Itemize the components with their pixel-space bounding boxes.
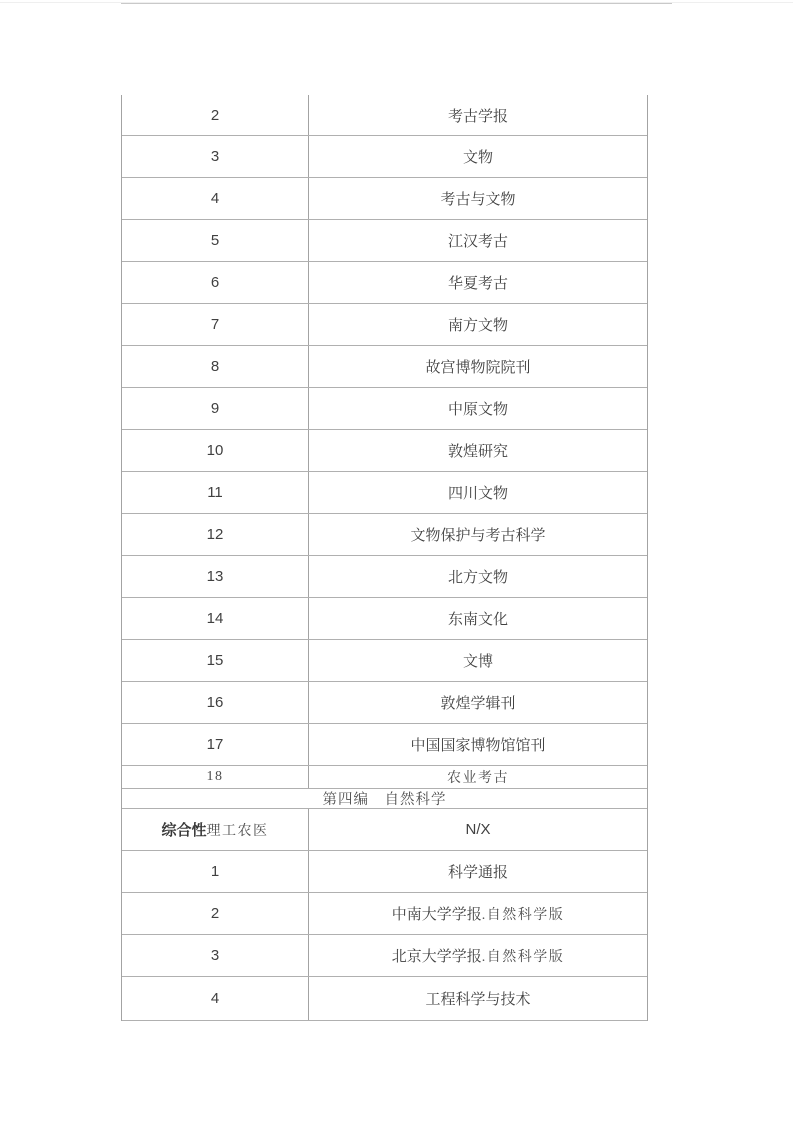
table-row: 5江汉考古 [122, 220, 647, 262]
table-row: 3北京大学学报.自然科学版 [122, 935, 647, 977]
section-header-row: 第四编 自然科学 [122, 789, 647, 809]
journal-title: 敦煌研究 [448, 440, 508, 461]
row-number-cell: 2 [122, 95, 309, 135]
journal-title-cell: 敦煌学辑刊 [309, 682, 647, 723]
row-number: 14 [207, 610, 224, 627]
row-number-cell: 综合性理工农医 [122, 809, 309, 850]
row-number-cell: 4 [122, 977, 309, 1020]
table-row: 17中国国家博物馆馆刊 [122, 724, 647, 766]
journal-title: 东南文化 [448, 608, 508, 629]
journal-title-cell: 中南大学学报.自然科学版 [309, 893, 647, 934]
table-row: 8故宫博物院院刊 [122, 346, 647, 388]
row-number-cell: 14 [122, 598, 309, 639]
journal-title-cell: N/X [309, 809, 647, 850]
journal-title: 工程科学与技术 [425, 988, 530, 1009]
category-label-main: 综合性 [161, 819, 206, 840]
row-number-cell: 12 [122, 514, 309, 555]
journal-title-cell: 敦煌研究 [309, 430, 647, 471]
row-number-cell: 10 [122, 430, 309, 471]
row-number: 10 [207, 442, 224, 459]
row-number: 12 [207, 526, 224, 543]
row-number: 2 [211, 107, 219, 124]
journal-title: 农业考古 [447, 767, 509, 787]
row-number-cell: 11 [122, 472, 309, 513]
row-number-cell: 3 [122, 935, 309, 976]
table-row: 16敦煌学辑刊 [122, 682, 647, 724]
row-number: 15 [207, 652, 224, 669]
table-row: 2考古学报 [122, 95, 647, 136]
row-number-cell: 7 [122, 304, 309, 345]
journal-title: 南方文物 [448, 314, 508, 335]
row-number: 2 [211, 905, 219, 922]
journal-title-suffix: .自然科学版 [482, 904, 565, 924]
row-number: 4 [211, 990, 219, 1007]
journal-title: 故宫博物院院刊 [425, 356, 530, 377]
journal-title-cell: 南方文物 [309, 304, 647, 345]
journal-table: 2考古学报3文物4考古与文物5江汉考古6华夏考古7南方文物8故宫博物院院刊9中原… [121, 95, 648, 1021]
row-number: 4 [211, 190, 219, 207]
journal-title-cell: 四川文物 [309, 472, 647, 513]
table-row: 18农业考古 [122, 766, 647, 789]
journal-title-cell: 中原文物 [309, 388, 647, 429]
row-number: 3 [211, 947, 219, 964]
previous-row-border-rule [121, 3, 672, 4]
category-label-suffix: 理工农医 [207, 820, 269, 840]
row-number-cell: 13 [122, 556, 309, 597]
journal-title: 科学通报 [448, 861, 508, 882]
journal-title-cell: 江汉考古 [309, 220, 647, 261]
journal-title-cell: 文博 [309, 640, 647, 681]
journal-title: 华夏考古 [448, 272, 508, 293]
row-number-cell: 4 [122, 178, 309, 219]
row-number-cell: 5 [122, 220, 309, 261]
journal-title-cell: 考古学报 [309, 95, 647, 135]
row-number: 3 [211, 148, 219, 165]
journal-title: 文物 [463, 146, 493, 167]
row-number: 18 [207, 769, 224, 785]
row-number: 9 [211, 400, 219, 417]
journal-title: 考古与文物 [440, 188, 515, 209]
journal-title: 四川文物 [448, 482, 508, 503]
journal-title-cell: 文物 [309, 136, 647, 177]
journal-title-cell: 中国国家博物馆馆刊 [309, 724, 647, 765]
journal-title: N/X [465, 821, 490, 838]
journal-title-cell: 故宫博物院院刊 [309, 346, 647, 387]
journal-title-cell: 华夏考古 [309, 262, 647, 303]
journal-title: 江汉考古 [448, 230, 508, 251]
journal-title-cell: 东南文化 [309, 598, 647, 639]
journal-title: 北方文物 [448, 566, 508, 587]
table-row: 6华夏考古 [122, 262, 647, 304]
row-number-cell: 15 [122, 640, 309, 681]
section-header-label: 第四编 自然科学 [323, 788, 447, 809]
table-row: 14东南文化 [122, 598, 647, 640]
row-number: 8 [211, 358, 219, 375]
row-number-cell: 1 [122, 851, 309, 892]
journal-title: 文博 [463, 650, 493, 671]
row-number: 11 [207, 484, 223, 501]
table-row: 12文物保护与考古科学 [122, 514, 647, 556]
row-number-cell: 9 [122, 388, 309, 429]
journal-title-cell: 北方文物 [309, 556, 647, 597]
row-number-cell: 3 [122, 136, 309, 177]
journal-title: 考古学报 [448, 105, 508, 126]
table-row: 15文博 [122, 640, 647, 682]
journal-title-suffix: .自然科学版 [482, 946, 565, 966]
table-row: 3文物 [122, 136, 647, 178]
journal-title-cell: 考古与文物 [309, 178, 647, 219]
table-row: 2中南大学学报.自然科学版 [122, 893, 647, 935]
document-page: 2考古学报3文物4考古与文物5江汉考古6华夏考古7南方文物8故宫博物院院刊9中原… [0, 0, 793, 1122]
table-row: 4考古与文物 [122, 178, 647, 220]
row-number: 1 [211, 863, 219, 880]
row-number: 7 [211, 316, 219, 333]
journal-title-cell: 北京大学学报.自然科学版 [309, 935, 647, 976]
table-row: 13北方文物 [122, 556, 647, 598]
table-row: 1科学通报 [122, 851, 647, 893]
journal-title-cell: 科学通报 [309, 851, 647, 892]
row-number-cell: 6 [122, 262, 309, 303]
table-row: 综合性理工农医N/X [122, 809, 647, 851]
row-number: 5 [211, 232, 219, 249]
table-row: 11四川文物 [122, 472, 647, 514]
journal-title: 文物保护与考古科学 [410, 524, 545, 545]
row-number-cell: 2 [122, 893, 309, 934]
row-number: 6 [211, 274, 219, 291]
journal-title: 中国国家博物馆馆刊 [410, 734, 545, 755]
table-row: 4工程科学与技术 [122, 977, 647, 1021]
journal-title: 中原文物 [448, 398, 508, 419]
row-number: 16 [207, 694, 224, 711]
row-number: 13 [207, 568, 224, 585]
table-row: 7南方文物 [122, 304, 647, 346]
table-row: 10敦煌研究 [122, 430, 647, 472]
journal-title: 北京大学学报 [392, 945, 482, 966]
journal-title: 敦煌学辑刊 [440, 692, 515, 713]
journal-title-cell: 农业考古 [309, 766, 647, 788]
row-number-cell: 18 [122, 766, 309, 788]
row-number-cell: 17 [122, 724, 309, 765]
row-number: 17 [207, 736, 224, 753]
journal-title: 中南大学学报 [392, 903, 482, 924]
journal-title-cell: 文物保护与考古科学 [309, 514, 647, 555]
row-number-cell: 16 [122, 682, 309, 723]
journal-title-cell: 工程科学与技术 [309, 977, 647, 1020]
row-number-cell: 8 [122, 346, 309, 387]
table-row: 9中原文物 [122, 388, 647, 430]
